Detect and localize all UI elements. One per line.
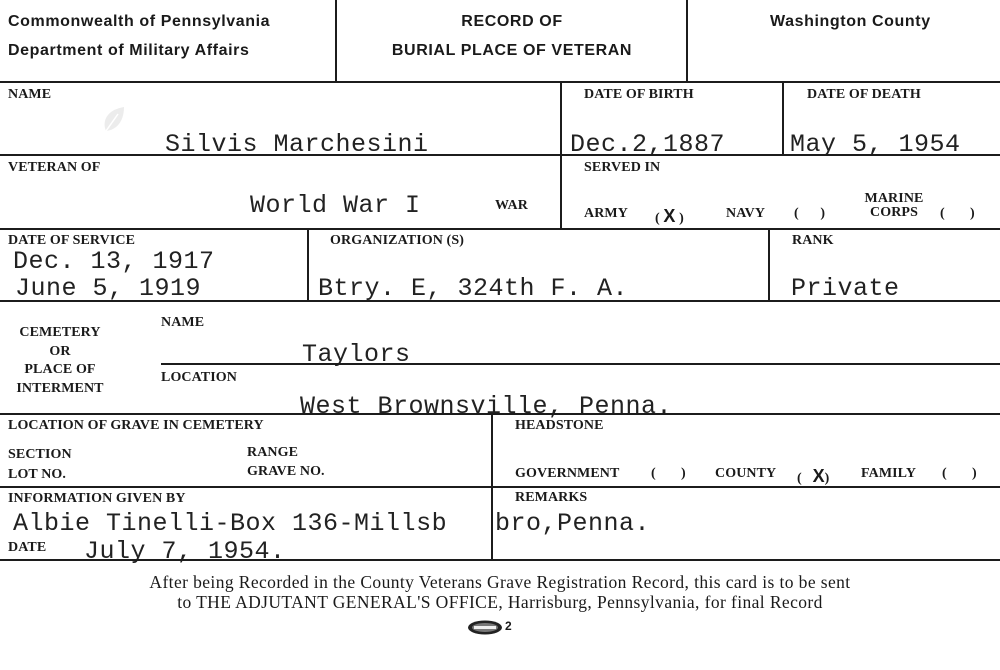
navy-checkbox[interactable]: ( ) (794, 206, 825, 222)
cemetery-location-label: LOCATION (161, 370, 237, 386)
leaf-watermark-icon (98, 104, 128, 134)
army-checkbox[interactable]: ( X ) (655, 206, 684, 227)
served-in-label: SERVED IN (584, 160, 660, 176)
grave-location-label: LOCATION OF GRAVE IN CEMETERY (8, 418, 264, 434)
divider (0, 559, 1000, 561)
government-checkbox[interactable]: ( ) (651, 466, 686, 482)
county-checkbox[interactable]: ( X) (797, 466, 829, 487)
marine-label-line2: CORPS (856, 206, 932, 220)
cemetery-label-line4: INTERMENT (0, 380, 120, 399)
family-checkbox[interactable]: ( ) (942, 466, 977, 482)
header-department: Department of Military Affairs (8, 42, 249, 60)
cemetery-label-line2: OR (0, 343, 120, 362)
cemetery-name-label: NAME (161, 315, 204, 331)
organization-value: Btry. E, 324th F. A. (318, 274, 628, 303)
header-burial-place: BURIAL PLACE OF VETERAN (337, 42, 687, 60)
date-label: DATE (8, 540, 46, 556)
footer-line1: After being Recorded in the County Veter… (0, 572, 1000, 593)
divider (686, 0, 688, 82)
headstone-label: HEADSTONE (515, 418, 604, 434)
header-commonwealth: Commonwealth of Pennsylvania (8, 13, 270, 31)
section-label: SECTION (8, 447, 72, 463)
name-label: NAME (8, 87, 51, 103)
marine-checkbox[interactable]: ( ) (940, 206, 975, 222)
divider (0, 154, 1000, 156)
divider (0, 228, 1000, 230)
service-to-value: June 5, 1919 (15, 274, 201, 303)
header-county: Washington County (770, 13, 931, 31)
army-mark: X (663, 206, 675, 226)
navy-label: NAVY (726, 206, 765, 222)
cemetery-label-line1: CEMETERY (0, 324, 120, 343)
veteran-of-label: VETERAN OF (8, 160, 100, 176)
cemetery-label-line3: PLACE OF (0, 361, 120, 380)
divider (307, 229, 309, 301)
marine-corps-label: MARINE CORPS (856, 192, 932, 220)
divider (782, 82, 784, 155)
war-label: WAR (495, 198, 528, 214)
divider (0, 486, 1000, 488)
army-label: ARMY (584, 206, 628, 222)
divider (0, 413, 1000, 415)
divider (0, 81, 1000, 83)
lot-label: LOT NO. (8, 467, 66, 483)
marine-label-line1: MARINE (856, 192, 932, 206)
divider (0, 300, 1000, 302)
county-mark: X (813, 466, 825, 486)
family-label: FAMILY (861, 466, 916, 482)
divider (560, 155, 562, 230)
header-record-of: RECORD OF (337, 13, 687, 31)
government-label: GOVERNMENT (515, 466, 619, 482)
cemetery-name-underline (161, 363, 1000, 365)
rank-value: Private (791, 274, 900, 303)
dob-label: DATE OF BIRTH (584, 87, 694, 103)
information-value-left: Albie Tinelli-Box 136-Millsb (13, 509, 447, 538)
cemetery-location-value: West Brownsville, Penna. (300, 392, 672, 421)
date-value: July 7, 1954. (84, 537, 286, 566)
service-from-value: Dec. 13, 1917 (13, 247, 215, 276)
rank-label: RANK (792, 233, 834, 249)
divider (768, 229, 770, 301)
county-label: COUNTY (715, 466, 776, 482)
information-value-right: bro,Penna. (493, 509, 650, 538)
veteran-of-value: World War I (250, 191, 421, 220)
divider (560, 82, 562, 155)
remarks-label: REMARKS (515, 490, 587, 506)
cemetery-side-label: CEMETERY OR PLACE OF INTERMENT (0, 324, 120, 398)
information-label: INFORMATION GIVEN BY (8, 491, 186, 507)
range-label: RANGE (247, 445, 298, 461)
grave-no-label: GRAVE NO. (247, 464, 325, 480)
dod-label: DATE OF DEATH (807, 87, 921, 103)
union-label-number: 2 (505, 619, 512, 633)
cemetery-name-value: Taylors (302, 340, 411, 369)
organization-label: ORGANIZATION (S) (330, 233, 464, 249)
footer-line2: to THE ADJUTANT GENERAL'S OFFICE, Harris… (0, 592, 1000, 613)
